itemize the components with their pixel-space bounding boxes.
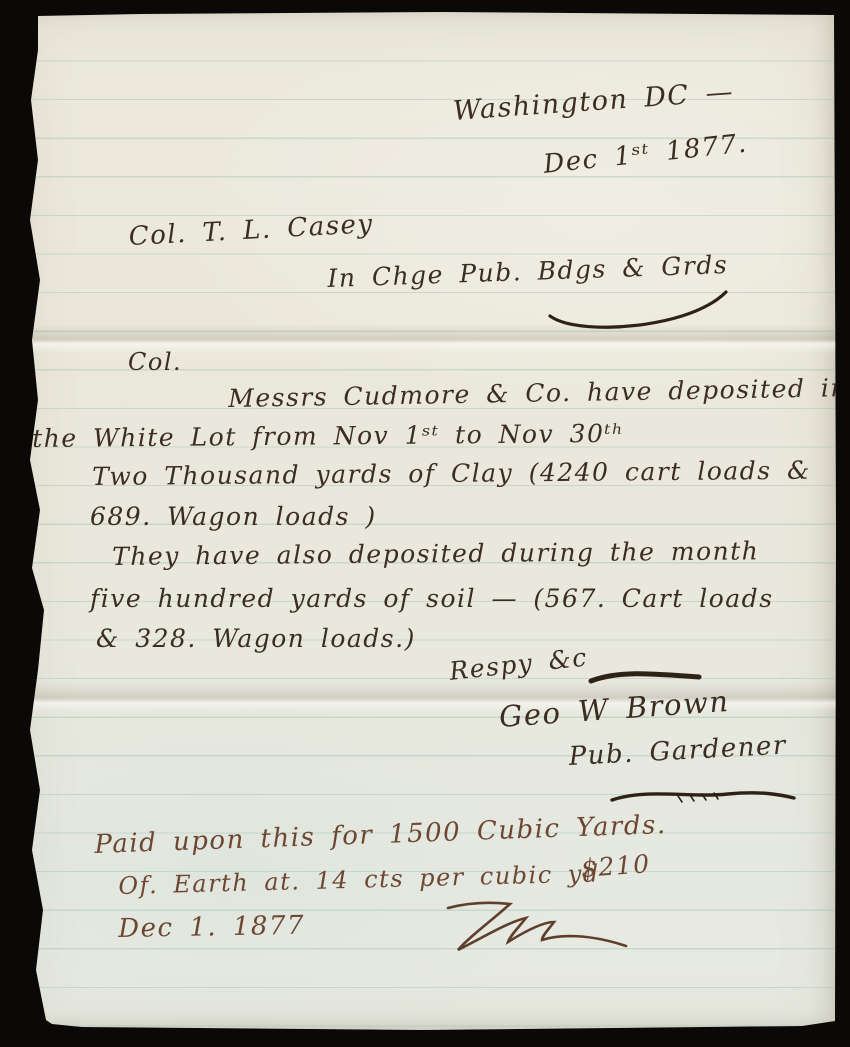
flourish-under-recipient-title — [542, 290, 732, 334]
recipient-title-line: In Chge Pub. Bdgs & Grds — [327, 250, 729, 293]
signature-underline-flourish — [608, 782, 798, 812]
body-line: the White Lot from Nov 1ˢᵗ to Nov 30ᵗʰ — [32, 419, 625, 453]
annotation-amount: $210 — [580, 849, 651, 883]
salutation: Col. — [128, 348, 182, 376]
body-line: Two Thousand yards of Clay (4240 cart lo… — [92, 456, 811, 491]
closing-respectfully: Respy &c — [448, 642, 589, 685]
letter-page: Washington DC — Dec 1ˢᵗ 1877. Col. T. L.… — [22, 12, 836, 1030]
body-line: five hundred yards of soil — (567. Cart … — [90, 584, 774, 613]
annotation-date-line: Dec 1. 1877 — [118, 911, 305, 944]
body-line: 689. Wagon loads ) — [90, 502, 377, 531]
recipient-name-line: Col. T. L. Casey — [128, 209, 374, 252]
heading-place-line: Washington DC — — [452, 76, 735, 127]
body-line: Messrs Cudmore & Co. have deposited in — [228, 373, 848, 413]
signature-title: Pub. Gardener — [568, 731, 787, 772]
annotation-line-1: Paid upon this for 1500 Cubic Yards. — [94, 810, 667, 860]
body-line: They have also deposited during the mont… — [112, 536, 759, 571]
body-line: & 328. Wagon loads.) — [96, 624, 416, 653]
initials-squiggle — [430, 894, 640, 974]
signature: Geo W Brown — [498, 684, 730, 734]
heading-date-line: Dec 1ˢᵗ 1877. — [542, 129, 749, 180]
